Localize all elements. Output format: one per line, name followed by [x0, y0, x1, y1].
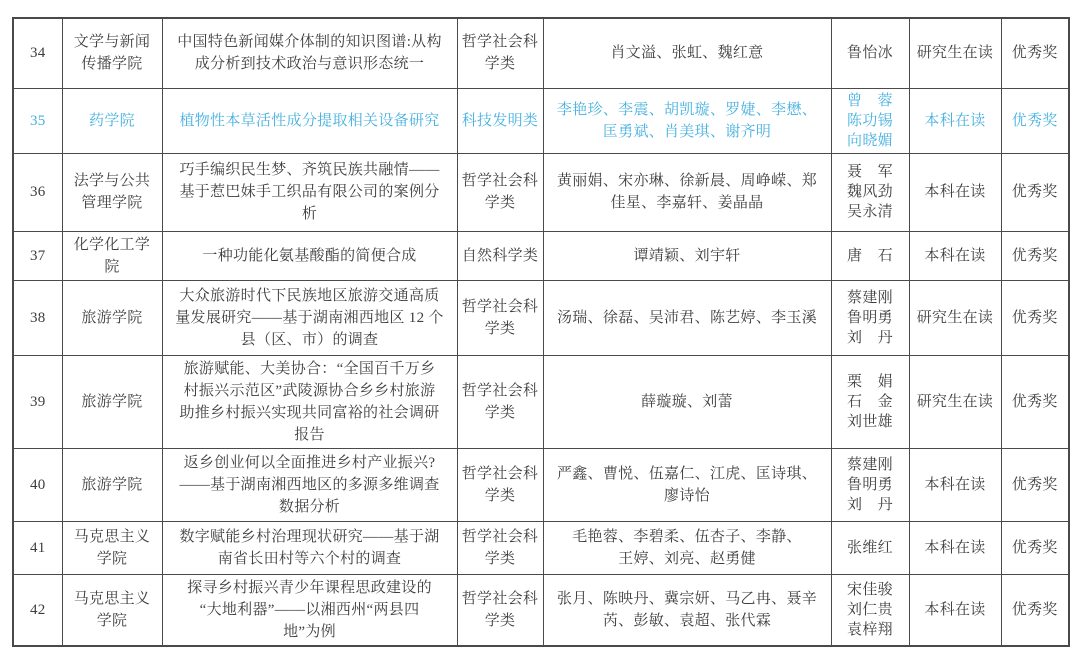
cell-members: 毛艳蓉、李碧柔、伍杏子、李静、 王婷、刘亮、赵勇健 [543, 521, 831, 574]
cell-advisors: 聂 军 魏风劲 吴永清 [831, 153, 909, 231]
cell-title: 巧手编织民生梦、齐筑民族共融情—— 基于惹巴妹手工织品有限公司的案例分 析 [162, 153, 457, 231]
cell-advisors: 唐 石 [831, 231, 909, 280]
cell-members: 张月、陈映丹、冀宗妍、马乙冉、聂辛 芮、彭敏、袁超、张代霖 [543, 574, 831, 646]
table-row: 36 法学与公共 管理学院 巧手编织民生梦、齐筑民族共融情—— 基于惹巴妹手工织… [13, 153, 1069, 231]
cell-advisors: 曾 蓉 陈功锡 向晓媚 [831, 88, 909, 153]
cell-category: 科技发明类 [457, 88, 543, 153]
table-row: 34 文学与新闻 传播学院 中国特色新闻媒介体制的知识图谱:从构 成分析到技术政… [13, 18, 1069, 88]
cell-award: 优秀奖 [1001, 448, 1069, 521]
cell-category: 哲学社会科 学类 [457, 153, 543, 231]
cell-status: 本科在读 [909, 574, 1001, 646]
cell-status: 本科在读 [909, 448, 1001, 521]
table-row: 39 旅游学院 旅游赋能、大美协合：“全国百千万乡 村振兴示范区”武陵源协合乡乡… [13, 355, 1069, 448]
cell-status: 研究生在读 [909, 355, 1001, 448]
cell-status: 本科在读 [909, 153, 1001, 231]
cell-no: 34 [13, 18, 62, 88]
cell-advisors: 栗 娟 石 金 刘世雄 [831, 355, 909, 448]
cell-advisors: 张维红 [831, 521, 909, 574]
awards-table: 34 文学与新闻 传播学院 中国特色新闻媒介体制的知识图谱:从构 成分析到技术政… [12, 17, 1070, 647]
table-row: 40 旅游学院 返乡创业何以全面推进乡村产业振兴? ——基于湖南湘西地区的多源多… [13, 448, 1069, 521]
cell-college: 马克思主义 学院 [62, 521, 162, 574]
cell-award: 优秀奖 [1001, 153, 1069, 231]
cell-status: 研究生在读 [909, 280, 1001, 355]
cell-title: 一种功能化氨基酸酯的简便合成 [162, 231, 457, 280]
cell-award: 优秀奖 [1001, 574, 1069, 646]
cell-no: 35 [13, 88, 62, 153]
cell-advisors: 蔡建刚 鲁明勇 刘 丹 [831, 280, 909, 355]
table-row-highlighted: 35 药学院 植物性本草活性成分提取相关设备研究 科技发明类 李艳珍、李震、胡凯… [13, 88, 1069, 153]
cell-college: 文学与新闻 传播学院 [62, 18, 162, 88]
cell-title: 返乡创业何以全面推进乡村产业振兴? ——基于湖南湘西地区的多源多维调查 数据分析 [162, 448, 457, 521]
cell-award: 优秀奖 [1001, 18, 1069, 88]
table-row: 42 马克思主义 学院 探寻乡村振兴青少年课程思政建设的 “大地利器”——以湘西… [13, 574, 1069, 646]
cell-college: 旅游学院 [62, 355, 162, 448]
cell-members: 谭靖颖、刘宇轩 [543, 231, 831, 280]
cell-category: 哲学社会科 学类 [457, 574, 543, 646]
cell-category: 自然科学类 [457, 231, 543, 280]
cell-title: 植物性本草活性成分提取相关设备研究 [162, 88, 457, 153]
cell-members: 肖文溢、张虹、魏红意 [543, 18, 831, 88]
table-row: 41 马克思主义 学院 数字赋能乡村治理现状研究——基于湖 南省长田村等六个村的… [13, 521, 1069, 574]
cell-award: 优秀奖 [1001, 280, 1069, 355]
cell-category: 哲学社会科 学类 [457, 448, 543, 521]
cell-members: 严鑫、曹悦、伍嘉仁、江虎、匡诗琪、 廖诗怡 [543, 448, 831, 521]
table-row: 38 旅游学院 大众旅游时代下民族地区旅游交通高质 量发展研究——基于湖南湘西地… [13, 280, 1069, 355]
cell-category: 哲学社会科 学类 [457, 18, 543, 88]
cell-no: 39 [13, 355, 62, 448]
cell-award: 优秀奖 [1001, 521, 1069, 574]
cell-title: 旅游赋能、大美协合：“全国百千万乡 村振兴示范区”武陵源协合乡乡村旅游 助推乡村… [162, 355, 457, 448]
cell-college: 旅游学院 [62, 280, 162, 355]
cell-award: 优秀奖 [1001, 88, 1069, 153]
table-row: 37 化学化工学 院 一种功能化氨基酸酯的简便合成 自然科学类 谭靖颖、刘宇轩 … [13, 231, 1069, 280]
cell-no: 42 [13, 574, 62, 646]
cell-advisors: 鲁怡冰 [831, 18, 909, 88]
page: 34 文学与新闻 传播学院 中国特色新闻媒介体制的知识图谱:从构 成分析到技术政… [0, 0, 1080, 654]
cell-members: 李艳珍、李震、胡凯璇、罗婕、李懋、 匡勇斌、肖美琪、谢齐明 [543, 88, 831, 153]
cell-members: 黄丽娟、宋亦琳、徐新晨、周峥嵘、郑 佳星、李嘉轩、姜晶晶 [543, 153, 831, 231]
cell-college: 旅游学院 [62, 448, 162, 521]
cell-members: 汤瑞、徐磊、吴沛君、陈艺婷、李玉溪 [543, 280, 831, 355]
cell-status: 本科在读 [909, 521, 1001, 574]
cell-award: 优秀奖 [1001, 231, 1069, 280]
cell-no: 37 [13, 231, 62, 280]
cell-college: 化学化工学 院 [62, 231, 162, 280]
cell-no: 36 [13, 153, 62, 231]
cell-advisors: 蔡建刚 鲁明勇 刘 丹 [831, 448, 909, 521]
cell-award: 优秀奖 [1001, 355, 1069, 448]
cell-college: 法学与公共 管理学院 [62, 153, 162, 231]
cell-no: 38 [13, 280, 62, 355]
cell-category: 哲学社会科 学类 [457, 521, 543, 574]
cell-no: 41 [13, 521, 62, 574]
cell-members: 薛璇璇、刘蕾 [543, 355, 831, 448]
cell-status: 研究生在读 [909, 18, 1001, 88]
cell-title: 大众旅游时代下民族地区旅游交通高质 量发展研究——基于湖南湘西地区 12 个 县… [162, 280, 457, 355]
cell-category: 哲学社会科 学类 [457, 355, 543, 448]
cell-advisors: 宋佳骏 刘仁贵 袁梓翔 [831, 574, 909, 646]
cell-college: 药学院 [62, 88, 162, 153]
cell-no: 40 [13, 448, 62, 521]
cell-status: 本科在读 [909, 231, 1001, 280]
cell-title: 数字赋能乡村治理现状研究——基于湖 南省长田村等六个村的调查 [162, 521, 457, 574]
cell-title: 中国特色新闻媒介体制的知识图谱:从构 成分析到技术政治与意识形态统一 [162, 18, 457, 88]
cell-category: 哲学社会科 学类 [457, 280, 543, 355]
cell-title: 探寻乡村振兴青少年课程思政建设的 “大地利器”——以湘西州“两县四 地”为例 [162, 574, 457, 646]
cell-college: 马克思主义 学院 [62, 574, 162, 646]
cell-status: 本科在读 [909, 88, 1001, 153]
